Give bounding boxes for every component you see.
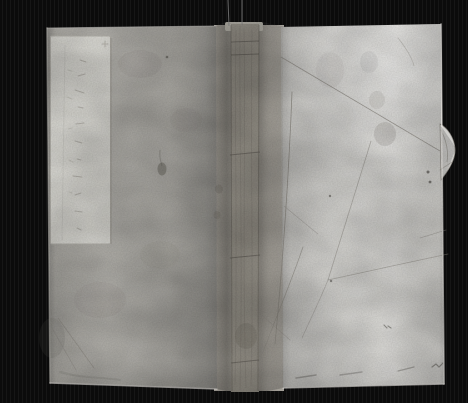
book-photo <box>0 0 468 403</box>
vertical-vignette <box>40 18 465 398</box>
book <box>39 0 465 398</box>
photo-stage <box>0 0 468 403</box>
